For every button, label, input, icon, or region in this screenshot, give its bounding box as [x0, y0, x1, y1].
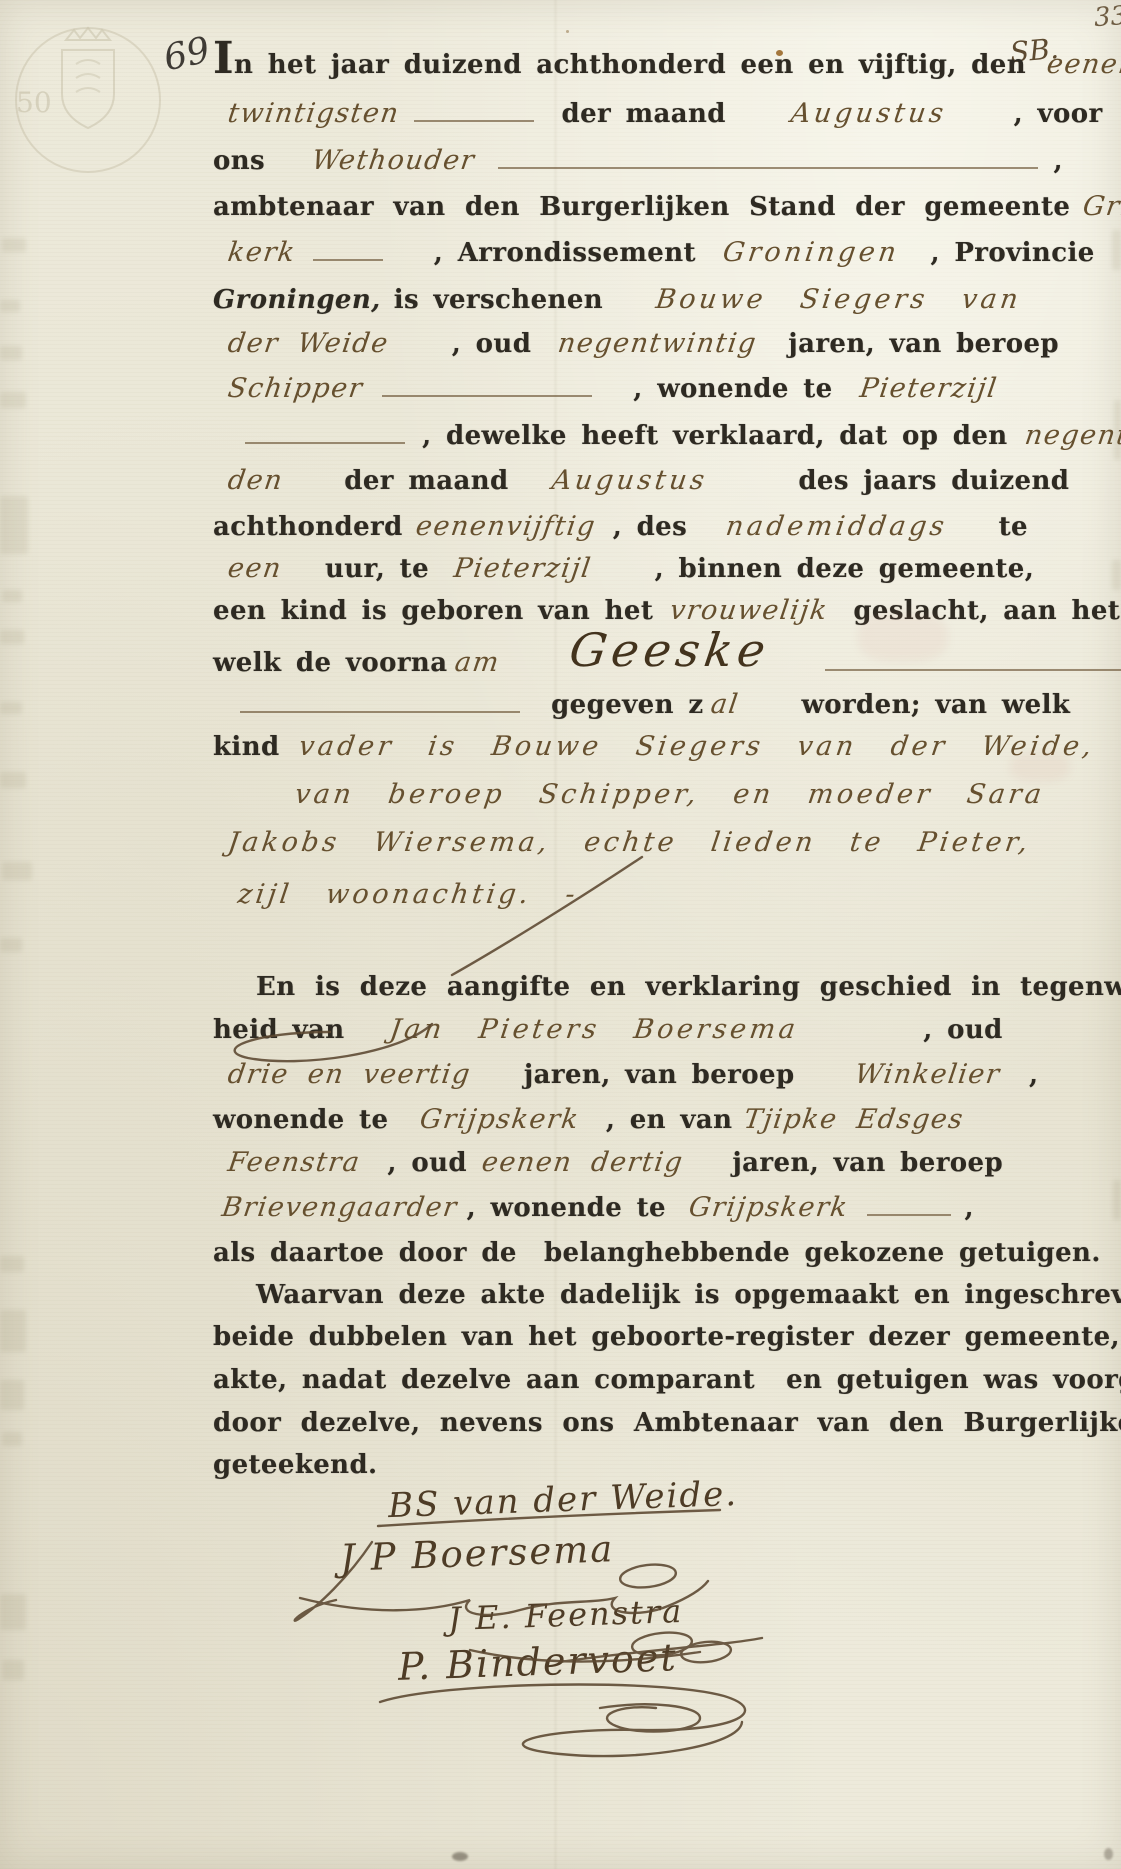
- printed-text: door dezelve, nevens ons Ambtenaar van d…: [213, 1408, 1121, 1438]
- handwritten-entry: Grijpskerk: [687, 1191, 851, 1225]
- printed-text: , wonende te: [467, 1193, 666, 1223]
- blank-rule: [382, 375, 592, 397]
- printed-text: der maand: [344, 466, 508, 496]
- handwritten-entry: der Weide: [226, 327, 391, 361]
- signature-registrar: P. Bindervoet: [397, 1635, 678, 1689]
- bleed-through: [0, 630, 24, 644]
- printed-text: belanghebbende gekozene getuigen.: [544, 1238, 1101, 1268]
- bleed-through: [1112, 560, 1121, 590]
- printed-text: en getuigen was voorgelezen,: [786, 1365, 1121, 1395]
- handwritten-entry: Pieterzijl: [452, 552, 594, 586]
- printed-text: , binnen deze gemeente,: [655, 554, 1035, 584]
- ink-fleck: [452, 1852, 468, 1861]
- document-line: Groningen, is verschenen Bouwe Siegers v…: [213, 283, 1021, 320]
- printed-text: ,: [964, 1193, 973, 1223]
- printed-text: heid van: [213, 1015, 345, 1045]
- printed-text: , des: [613, 512, 687, 542]
- signature-witness-2: J E. Feenstra: [447, 1592, 683, 1638]
- printed-text: jaren, van beroep: [788, 329, 1059, 359]
- bleed-through: [2, 590, 22, 602]
- bleed-through: [1112, 230, 1121, 270]
- handwritten-entry: Pieterzijl: [857, 372, 999, 406]
- printed-text: is verschenen: [394, 285, 603, 315]
- printed-text: jaren, van beroep: [732, 1148, 1003, 1178]
- handwritten-entry: eenen,: [1045, 48, 1121, 82]
- document-line: van beroep Schipper, en moeder Sara: [295, 778, 1045, 815]
- printed-text: der maand: [562, 99, 726, 129]
- document-line: achthonderd eenenvijftig , des nademidda…: [213, 510, 1028, 547]
- bleed-through: [1114, 400, 1121, 460]
- handwritten-entry: Augustus: [789, 97, 949, 131]
- bleed-through: [0, 496, 28, 554]
- document-line: een uur, te Pieterzijl , binnen deze gem…: [228, 552, 1034, 589]
- printed-text: des jaars duizend: [798, 466, 1069, 496]
- document-line: kind vader is Bouwe Siegers van der Weid…: [213, 730, 1094, 767]
- printed-text: akte, nadat dezelve aan comparant: [213, 1365, 755, 1395]
- bleed-through: [2, 238, 26, 252]
- handwritten-entry: drie en veertig: [226, 1058, 474, 1092]
- printed-text: welk de voorna: [213, 648, 447, 678]
- document-line: ons Wethouder ,: [213, 144, 1063, 181]
- blank-rule: [498, 147, 1038, 169]
- document-line: gegeven z al worden; van welk: [240, 688, 1070, 725]
- bleed-through: [0, 1594, 26, 1630]
- bleed-through: [1010, 752, 1070, 782]
- document-line: ambtenaar van den Burgerlijken Stand der…: [213, 190, 1121, 227]
- signature-declarant: BS van der Weide.: [387, 1474, 738, 1526]
- handwritten-entry: Brievengaarder: [220, 1191, 460, 1225]
- stamp-value: 50: [16, 86, 52, 119]
- printed-text: Waarvan deze akte dadelijk is opgemaakt …: [256, 1280, 1121, 1310]
- printed-text: uur, te: [325, 554, 429, 584]
- printed-text: worden; van welk: [801, 690, 1070, 720]
- printed-text: ,: [1029, 1060, 1038, 1090]
- printed-text: , Arrondissement: [434, 238, 696, 268]
- printed-text: ambtenaar van den Burgerlijken Stand der…: [213, 192, 1070, 222]
- handwritten-entry: den: [226, 464, 286, 498]
- document-line: als daartoe door de belanghebbende gekoz…: [213, 1236, 1101, 1273]
- handwritten-entry: een: [226, 552, 285, 586]
- document-line: twintigsten der maand Augustus , voor: [228, 97, 1103, 134]
- printed-text: En is deze aangifte en verklaring geschi…: [256, 972, 1121, 1002]
- printed-text: , oud: [387, 1148, 467, 1178]
- handwritten-entry: van beroep Schipper, en moeder Sara: [293, 778, 1047, 812]
- handwritten-entry: al: [708, 688, 741, 722]
- printed-text: achthonderd: [213, 512, 403, 542]
- handwritten-entry: kerk: [226, 236, 298, 270]
- bleed-through: [0, 938, 22, 952]
- bleed-through: [1113, 1180, 1121, 1220]
- blank-rule: [414, 100, 534, 122]
- handwritten-entry: Wethouder: [310, 144, 478, 178]
- paragraph-divider-flourish: [452, 857, 642, 975]
- printed-text: kind: [213, 732, 280, 762]
- printed-text: , dewelke heeft verklaard, dat op den: [422, 421, 1007, 451]
- document-line: Feenstra , oud eenen dertig jaren, van b…: [228, 1146, 1003, 1183]
- handwritten-entry: zijl woonachtig. -: [236, 878, 581, 912]
- bleed-through: [858, 612, 948, 662]
- printed-text: , voor: [1014, 99, 1103, 129]
- document-line: In het jaar duizend achthonderd een en v…: [213, 46, 1121, 85]
- embossed-stamp: 50: [6, 20, 164, 180]
- printed-text: gegeven z: [551, 690, 703, 720]
- handwritten-entry: Augustus: [549, 464, 709, 498]
- printed-text: ons: [213, 146, 265, 176]
- printed-text: te: [999, 512, 1028, 542]
- document-line: drie en veertig jaren, van beroep Winkel…: [228, 1058, 1038, 1095]
- act-number: 69: [160, 30, 213, 80]
- printed-text: geteekend.: [213, 1450, 378, 1480]
- scanned-birth-certificate: 50 69 SB. 33 In het jaar duizend achthon…: [0, 0, 1121, 1869]
- signature-loop-icon: [680, 1639, 732, 1664]
- document-line: geteekend.: [213, 1448, 378, 1485]
- document-line: beide dubbelen van het geboorte-register…: [213, 1320, 1121, 1357]
- handwritten-entry: eenenvijftig: [413, 510, 598, 544]
- bleed-through: [0, 772, 26, 788]
- handwritten-entry: Grijpskerk: [417, 1103, 581, 1137]
- document-line: Jakobs Wiersema, echte lieden te Pieter,: [228, 826, 1031, 863]
- document-line: welk de voorna am Geeske: [213, 638, 1121, 683]
- bleed-through: [2, 862, 32, 880]
- handwritten-entry: negentien,: [1022, 419, 1121, 453]
- document-line: den der maand Augustus des jaars duizend: [228, 464, 1069, 501]
- signature-loop-icon: [619, 1562, 677, 1591]
- bleed-through: [2, 1432, 22, 1446]
- document-line: der Weide , oud negentwintig jaren, van …: [228, 327, 1059, 364]
- ink-fleck: [566, 30, 569, 33]
- registrar-swirl-flourish: [380, 1685, 745, 1757]
- handwritten-entry: twintigsten: [226, 97, 402, 131]
- blank-rule: [313, 239, 383, 261]
- handwritten-entry: Groningen: [721, 236, 902, 270]
- document-line: door dezelve, nevens ons Ambtenaar van d…: [213, 1406, 1121, 1443]
- bleed-through: [0, 1256, 24, 1272]
- printed-text: , en van: [606, 1105, 733, 1135]
- handwritten-entry: am: [452, 646, 501, 680]
- printed-text: jaren, van beroep: [524, 1060, 795, 1090]
- handwritten-entry: Jakobs Wiersema, echte lieden te Pieter,: [226, 826, 1033, 860]
- document-line: Schipper , wonende te Pieterzijl: [228, 372, 997, 409]
- document-line: kerk , Arrondissement Groningen , Provin…: [228, 236, 1095, 273]
- handwritten-entry: Grijps,: [1081, 190, 1121, 224]
- printed-text: ,: [1053, 146, 1062, 176]
- bleed-through: [0, 392, 26, 408]
- handwritten-entry: negentwintig: [556, 327, 760, 361]
- child-name-entry: Geeske: [568, 633, 773, 667]
- handwritten-entry: Schipper: [226, 372, 366, 406]
- document-line: Waarvan deze akte dadelijk is opgemaakt …: [256, 1278, 1121, 1315]
- document-line: akte, nadat dezelve aan comparant en get…: [213, 1363, 1121, 1400]
- signature-witness-1: J P Boersema: [339, 1527, 615, 1580]
- document-line: Brievengaarder , wonende te Grijpskerk ,: [222, 1191, 974, 1228]
- printed-text: , oud: [452, 329, 532, 359]
- printed-text: In het jaar duizend achthonderd een en v…: [213, 46, 1026, 82]
- handwritten-entry: Feenstra: [226, 1146, 363, 1180]
- document-line: En is deze aangifte en verklaring geschi…: [256, 970, 1121, 1007]
- handwritten-entry: Bouwe Siegers van: [654, 283, 1024, 317]
- printed-text: , wonende te: [633, 374, 832, 404]
- bleed-through: [0, 1310, 26, 1352]
- handwritten-entry: eenen dertig: [480, 1146, 686, 1180]
- bleed-through: [0, 1380, 24, 1410]
- handwritten-entry: Tjipke Edsges: [741, 1103, 965, 1137]
- printed-text: als daartoe door de: [213, 1238, 517, 1268]
- page-number: 33: [1093, 1, 1121, 33]
- bleed-through: [2, 1660, 24, 1680]
- bleed-through: [0, 702, 22, 714]
- bleed-through: [0, 346, 22, 360]
- printed-text: , oud: [923, 1015, 1003, 1045]
- handwritten-entry: Jan Pieters Boersema: [387, 1013, 800, 1047]
- stamp-lion-icon: [76, 60, 100, 92]
- printed-text: wonende te: [213, 1105, 388, 1135]
- document-line: heid van Jan Pieters Boersema , oud: [213, 1013, 1003, 1050]
- ink-fleck: [776, 50, 783, 56]
- ink-fleck: [1104, 1848, 1113, 1860]
- registrar-swirl-inner: [600, 1704, 700, 1731]
- handwritten-entry: vader is Bouwe Siegers van der Weide,: [296, 730, 1096, 764]
- handwritten-entry: Winkelier: [852, 1058, 1002, 1092]
- blank-rule: [245, 422, 405, 444]
- handwritten-entry: nademiddags: [724, 510, 950, 544]
- document-line: wonende te Grijpskerk , en van Tjipke Ed…: [213, 1103, 963, 1140]
- bleed-through: [0, 300, 20, 312]
- printed-text: beide dubbelen van het geboorte-register…: [213, 1322, 1121, 1352]
- printed-text: Groningen,: [213, 285, 381, 315]
- document-line: , dewelke heeft verklaard, dat op den ne…: [245, 419, 1121, 456]
- paper-crease: [553, 0, 558, 1869]
- document-line: zijl woonachtig. -: [238, 878, 578, 915]
- printed-text: , Provincie: [930, 238, 1094, 268]
- printed-text: een kind is geboren van het: [213, 596, 653, 626]
- blank-rule: [867, 1194, 951, 1216]
- blank-rule: [240, 691, 520, 713]
